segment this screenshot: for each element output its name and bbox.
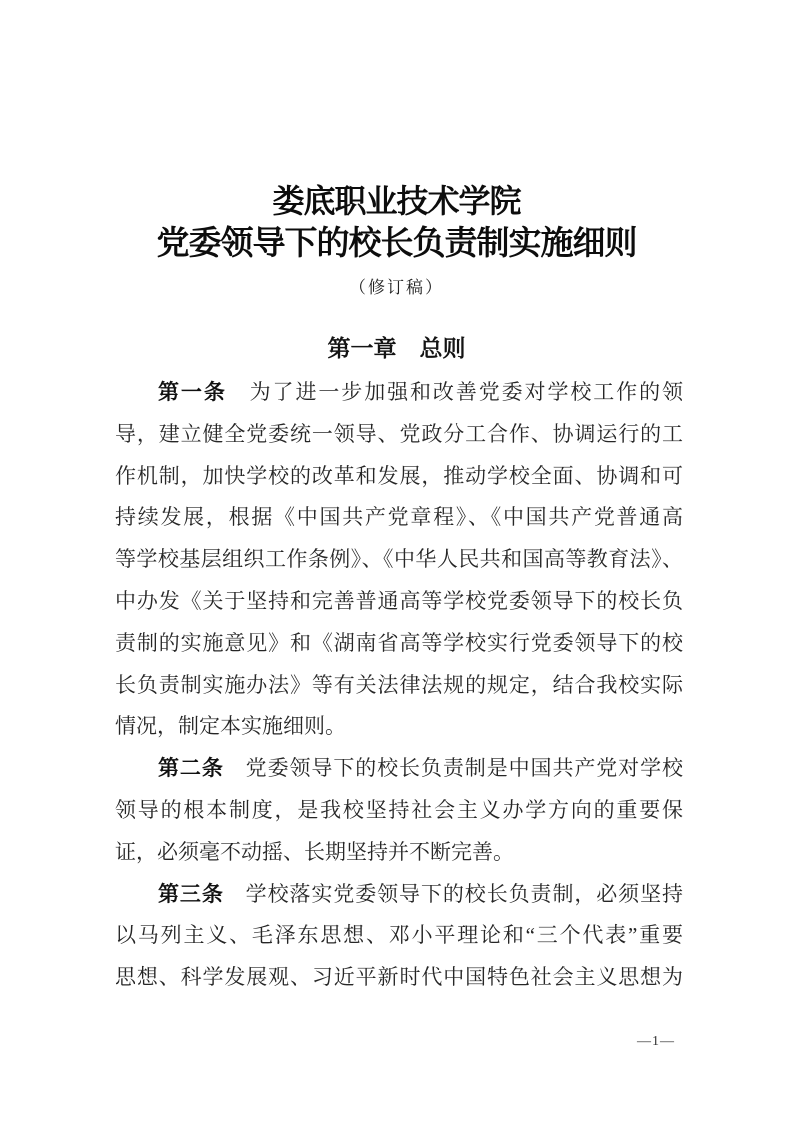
- body-line: 以马列主义、毛泽东思想、邓小平理论和“三个代表”重要: [115, 915, 683, 957]
- body-line: 长负责制实施办法》等有关法律法规的规定，结合我校实际: [115, 665, 683, 707]
- paragraph: 第二条 党委领导下的校长负责制是中国共产党对学校领导的根本制度，是我校坚持社会主…: [115, 748, 683, 873]
- body-line: 持续发展，根据《中国共产党章程》、《中国共产党普通高: [115, 497, 683, 539]
- title-block: 娄底职业技术学院 党委领导下的校长负责制实施细则 （修订稿）: [0, 180, 793, 300]
- document-page: 娄底职业技术学院 党委领导下的校长负责制实施细则 （修订稿） 第一章 总则 第一…: [0, 0, 793, 1122]
- body-line: 中办发《关于坚持和完善普通高等学校党委领导下的校长负: [115, 581, 683, 623]
- body-line: 领导的根本制度，是我校坚持社会主义办学方向的重要保: [115, 790, 683, 832]
- document-subtitle: （修订稿）: [0, 276, 793, 300]
- body-line: 作机制，加快学校的改革和发展，推动学校全面、协调和可: [115, 456, 683, 498]
- body-line: 第一条 为了进一步加强和改善党委对学校工作的领: [115, 372, 683, 414]
- body-line: 第二条 党委领导下的校长负责制是中国共产党对学校: [115, 748, 683, 790]
- article-number: 第三条: [158, 882, 224, 906]
- article-number: 第二条: [158, 756, 224, 780]
- chapter-heading: 第一章 总则: [0, 332, 793, 364]
- paragraph: 第一条 为了进一步加强和改善党委对学校工作的领导，建立健全党委统一领导、党政分工…: [115, 372, 683, 748]
- body-line: 导，建立健全党委统一领导、党政分工合作、协调运行的工: [115, 414, 683, 456]
- document-title-line2: 党委领导下的校长负责制实施细则: [0, 222, 793, 266]
- paragraph: 第三条 学校落实党委领导下的校长负责制，必须坚持以马列主义、毛泽东思想、邓小平理…: [115, 874, 683, 999]
- page-number: —1—: [637, 1034, 675, 1050]
- article-number: 第一条: [158, 380, 227, 404]
- body-line: 第三条 学校落实党委领导下的校长负责制，必须坚持: [115, 874, 683, 916]
- body-line: 思想、科学发展观、习近平新时代中国特色社会主义思想为: [115, 957, 683, 999]
- body-line: 证，必须毫不动摇、长期坚持并不断完善。: [115, 832, 683, 874]
- body-line: 等学校基层组织工作条例》、《中华人民共和国高等教育法》、: [115, 539, 683, 581]
- document-title-line1: 娄底职业技术学院: [0, 180, 793, 222]
- body-line: 情况，制定本实施细则。: [115, 706, 683, 748]
- body-line: 责制的实施意见》和《湖南省高等学校实行党委领导下的校: [115, 623, 683, 665]
- body-paragraphs: 第一条 为了进一步加强和改善党委对学校工作的领导，建立健全党委统一领导、党政分工…: [115, 372, 683, 999]
